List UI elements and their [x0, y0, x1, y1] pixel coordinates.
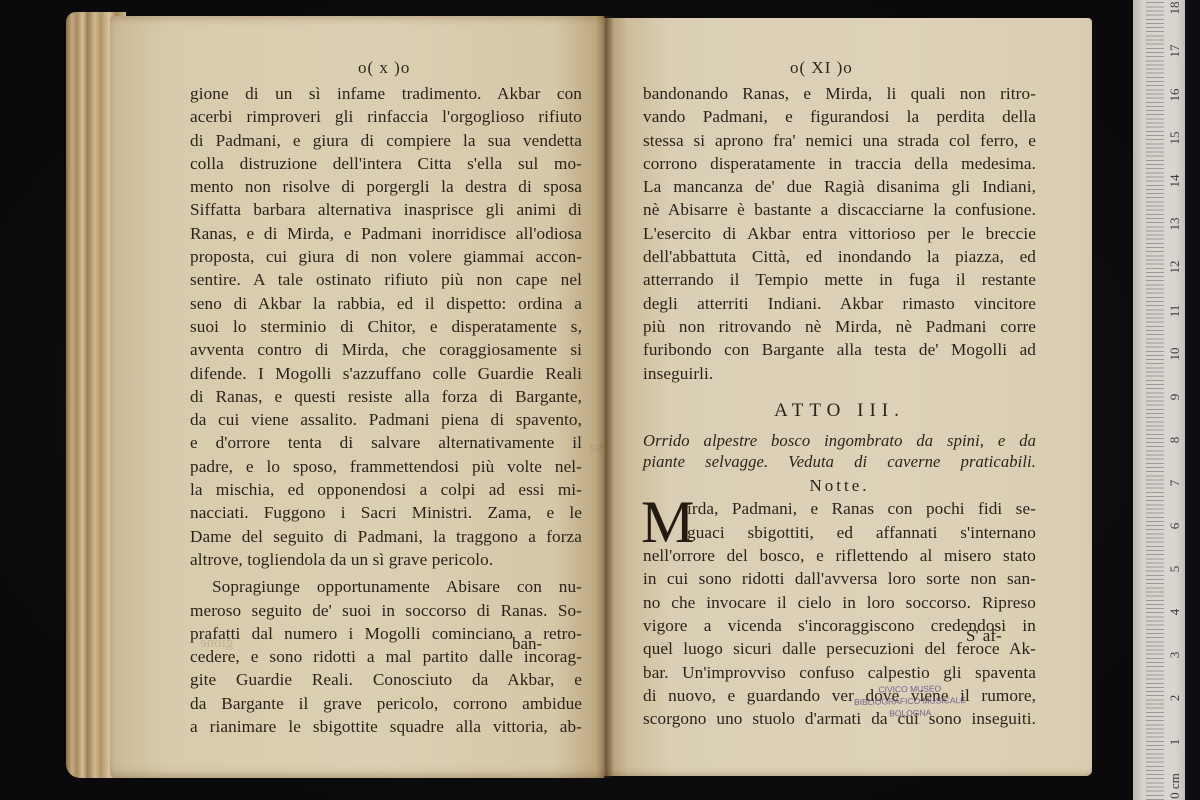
ruler-label: 1: [1167, 733, 1183, 751]
ruler-label: 9: [1167, 388, 1183, 406]
scene-description: Orrido alpestre bosco ingombrato da spin…: [643, 430, 1036, 451]
ruler-label: 3: [1167, 646, 1183, 664]
text-line: da cui viene assalito. Padmani piena di …: [190, 408, 582, 431]
text-line: in cui sono ridotti dall'avversa loro so…: [643, 567, 1036, 590]
text-line: proposta, cui giura di non volere giamma…: [190, 245, 582, 268]
text-line: a rianimare le sbigottite squadre alla v…: [190, 715, 582, 738]
text-line: gite Guardie Reali. Conosciuto da Akbar,…: [190, 668, 582, 691]
text-line: atterrando il Tempio mette in fuga il re…: [643, 268, 1036, 291]
ruler-label: 13: [1167, 215, 1183, 233]
text-line: da Bargante il grave pericolo, corrono a…: [190, 692, 582, 715]
ruler-label: 10: [1167, 345, 1183, 363]
text-line: nacciati. Fuggono i Sacri Ministri. Zama…: [190, 501, 582, 524]
text-line: suoi lo sterminio di Chitor, e disperata…: [190, 315, 582, 338]
text-line: e d'orrore tenta di salvare alternativam…: [190, 431, 582, 454]
catchword-left: ban-: [512, 634, 542, 654]
text-line: L'esercito di Akbar entra vittorioso per…: [643, 222, 1036, 245]
text-line: Dame del seguito di Padmani, la traggono…: [190, 525, 582, 548]
text-line: bar. Un'improvviso confuso calpestio gli…: [643, 661, 1036, 684]
text-line: dell'abbattuta Città, ed inondando la pi…: [643, 245, 1036, 268]
ruler-label: 8: [1167, 431, 1183, 449]
text-line: seno di Akbar la rabbia, ed il dispetto:…: [190, 292, 582, 315]
ruler-label: 17: [1167, 42, 1183, 60]
text-line: gione di un sì infame tradimento. Akbar …: [190, 82, 582, 105]
show-through-text: se: [590, 440, 603, 457]
opening-paragraph: M irda, Padmani, e Ranas con pochi fidi …: [643, 497, 1036, 544]
page-number-right: o( XI )o: [790, 58, 853, 78]
ruler-label: 16: [1167, 86, 1183, 104]
ruler-label: 18: [1167, 0, 1183, 17]
ruler-label: 7: [1167, 474, 1183, 492]
text-line: di Padmani, e giura di compiere la sua v…: [190, 129, 582, 152]
ruler-label: 4: [1167, 603, 1183, 621]
scene-description: piante selvagge. Veduta di caverne prati…: [643, 451, 1036, 472]
text-line: altrove, togliendola da un sì grave peri…: [190, 548, 582, 571]
text-line: padre, e lo sposo, frammettendosi più vo…: [190, 455, 582, 478]
text-line: vando Padmani, e figurandosi la perdita …: [643, 105, 1036, 128]
library-stamp: CIVICO MUSEO BIBLIOGRAFICO MUSICALE BOLO…: [840, 682, 981, 720]
text-line: furibondo con Bargante alla testa de' Mo…: [643, 338, 1036, 361]
text-line: colla distruzione dell'intera Citta s'el…: [190, 152, 582, 175]
text-line: corrono disperatamente in traccia della …: [643, 152, 1036, 175]
text-line: acerbi rimproveri gli rinfaccia l'orgogl…: [190, 105, 582, 128]
text-line: degli atterriti Indiani. Akbar rimasto v…: [643, 292, 1036, 315]
ruler-label: 6: [1167, 517, 1183, 535]
text-line: guaci sbigottiti, ed affannati s'interna…: [643, 521, 1036, 544]
text-line: mento non risolve di porgergli la destra…: [190, 175, 582, 198]
text-line: Siffatta barbara alternativa inasprisce …: [190, 198, 582, 221]
text-line: di Ranas, e questi resiste alla forza di…: [190, 385, 582, 408]
ruler-ticks: [1146, 0, 1164, 800]
stamp-line: BOLOGNA: [840, 706, 980, 720]
ruler-label: 0 cm: [1167, 769, 1183, 800]
text-line: Sopragiunge opportunamente Abisare con n…: [190, 575, 582, 598]
book-gutter: [596, 16, 614, 778]
text-line: la mischia, ed opponendosi a colpi ad es…: [190, 478, 582, 501]
ruler-label: 15: [1167, 129, 1183, 147]
catchword-right: S' af-: [966, 626, 1002, 646]
act-title: ATTO III.: [643, 399, 1036, 422]
text-line: meroso seguito de' suoi in soccorso di R…: [190, 599, 582, 622]
scene-time: Notte.: [643, 474, 1036, 497]
text-line: difende. I Mogolli s'azzuffano colle Gua…: [190, 362, 582, 385]
text-line: sentire. A tale ostinato rifiuto più non…: [190, 268, 582, 291]
text-line: stessa si aprono fra' nemici una strada …: [643, 129, 1036, 152]
page-number-left: o( x )o: [358, 58, 410, 78]
text-line: no che invocare il cielo in loro soccors…: [643, 591, 1036, 614]
text-line: nè Abisarre è bastante a discacciarne la…: [643, 198, 1036, 221]
ruler-label: 2: [1167, 689, 1183, 707]
text-line: Ranas, e di Mirda, e Padmani inorridisce…: [190, 222, 582, 245]
ruler-label: 5: [1167, 560, 1183, 578]
ruler-label: 11: [1167, 302, 1183, 320]
text-line: irda, Padmani, e Ranas con pochi fidi se…: [643, 497, 1036, 520]
text-line: inseguirli.: [643, 362, 1036, 385]
text-line: più non ritrovando nè Mirda, nè Padmani …: [643, 315, 1036, 338]
text-line: bandonando Ranas, e Mirda, li quali non …: [643, 82, 1036, 105]
text-line: La mancanza de' due Ragià disanima gli I…: [643, 175, 1036, 198]
text-line: avventa contro di Mirda, che coraggiosam…: [190, 338, 582, 361]
text-line: nell'orrore del bosco, e riflettendo al …: [643, 544, 1036, 567]
ruler-label: 14: [1167, 172, 1183, 190]
drop-cap: M: [641, 497, 694, 547]
ruler-label: 12: [1167, 258, 1183, 276]
ruler-edge: [1185, 0, 1200, 800]
